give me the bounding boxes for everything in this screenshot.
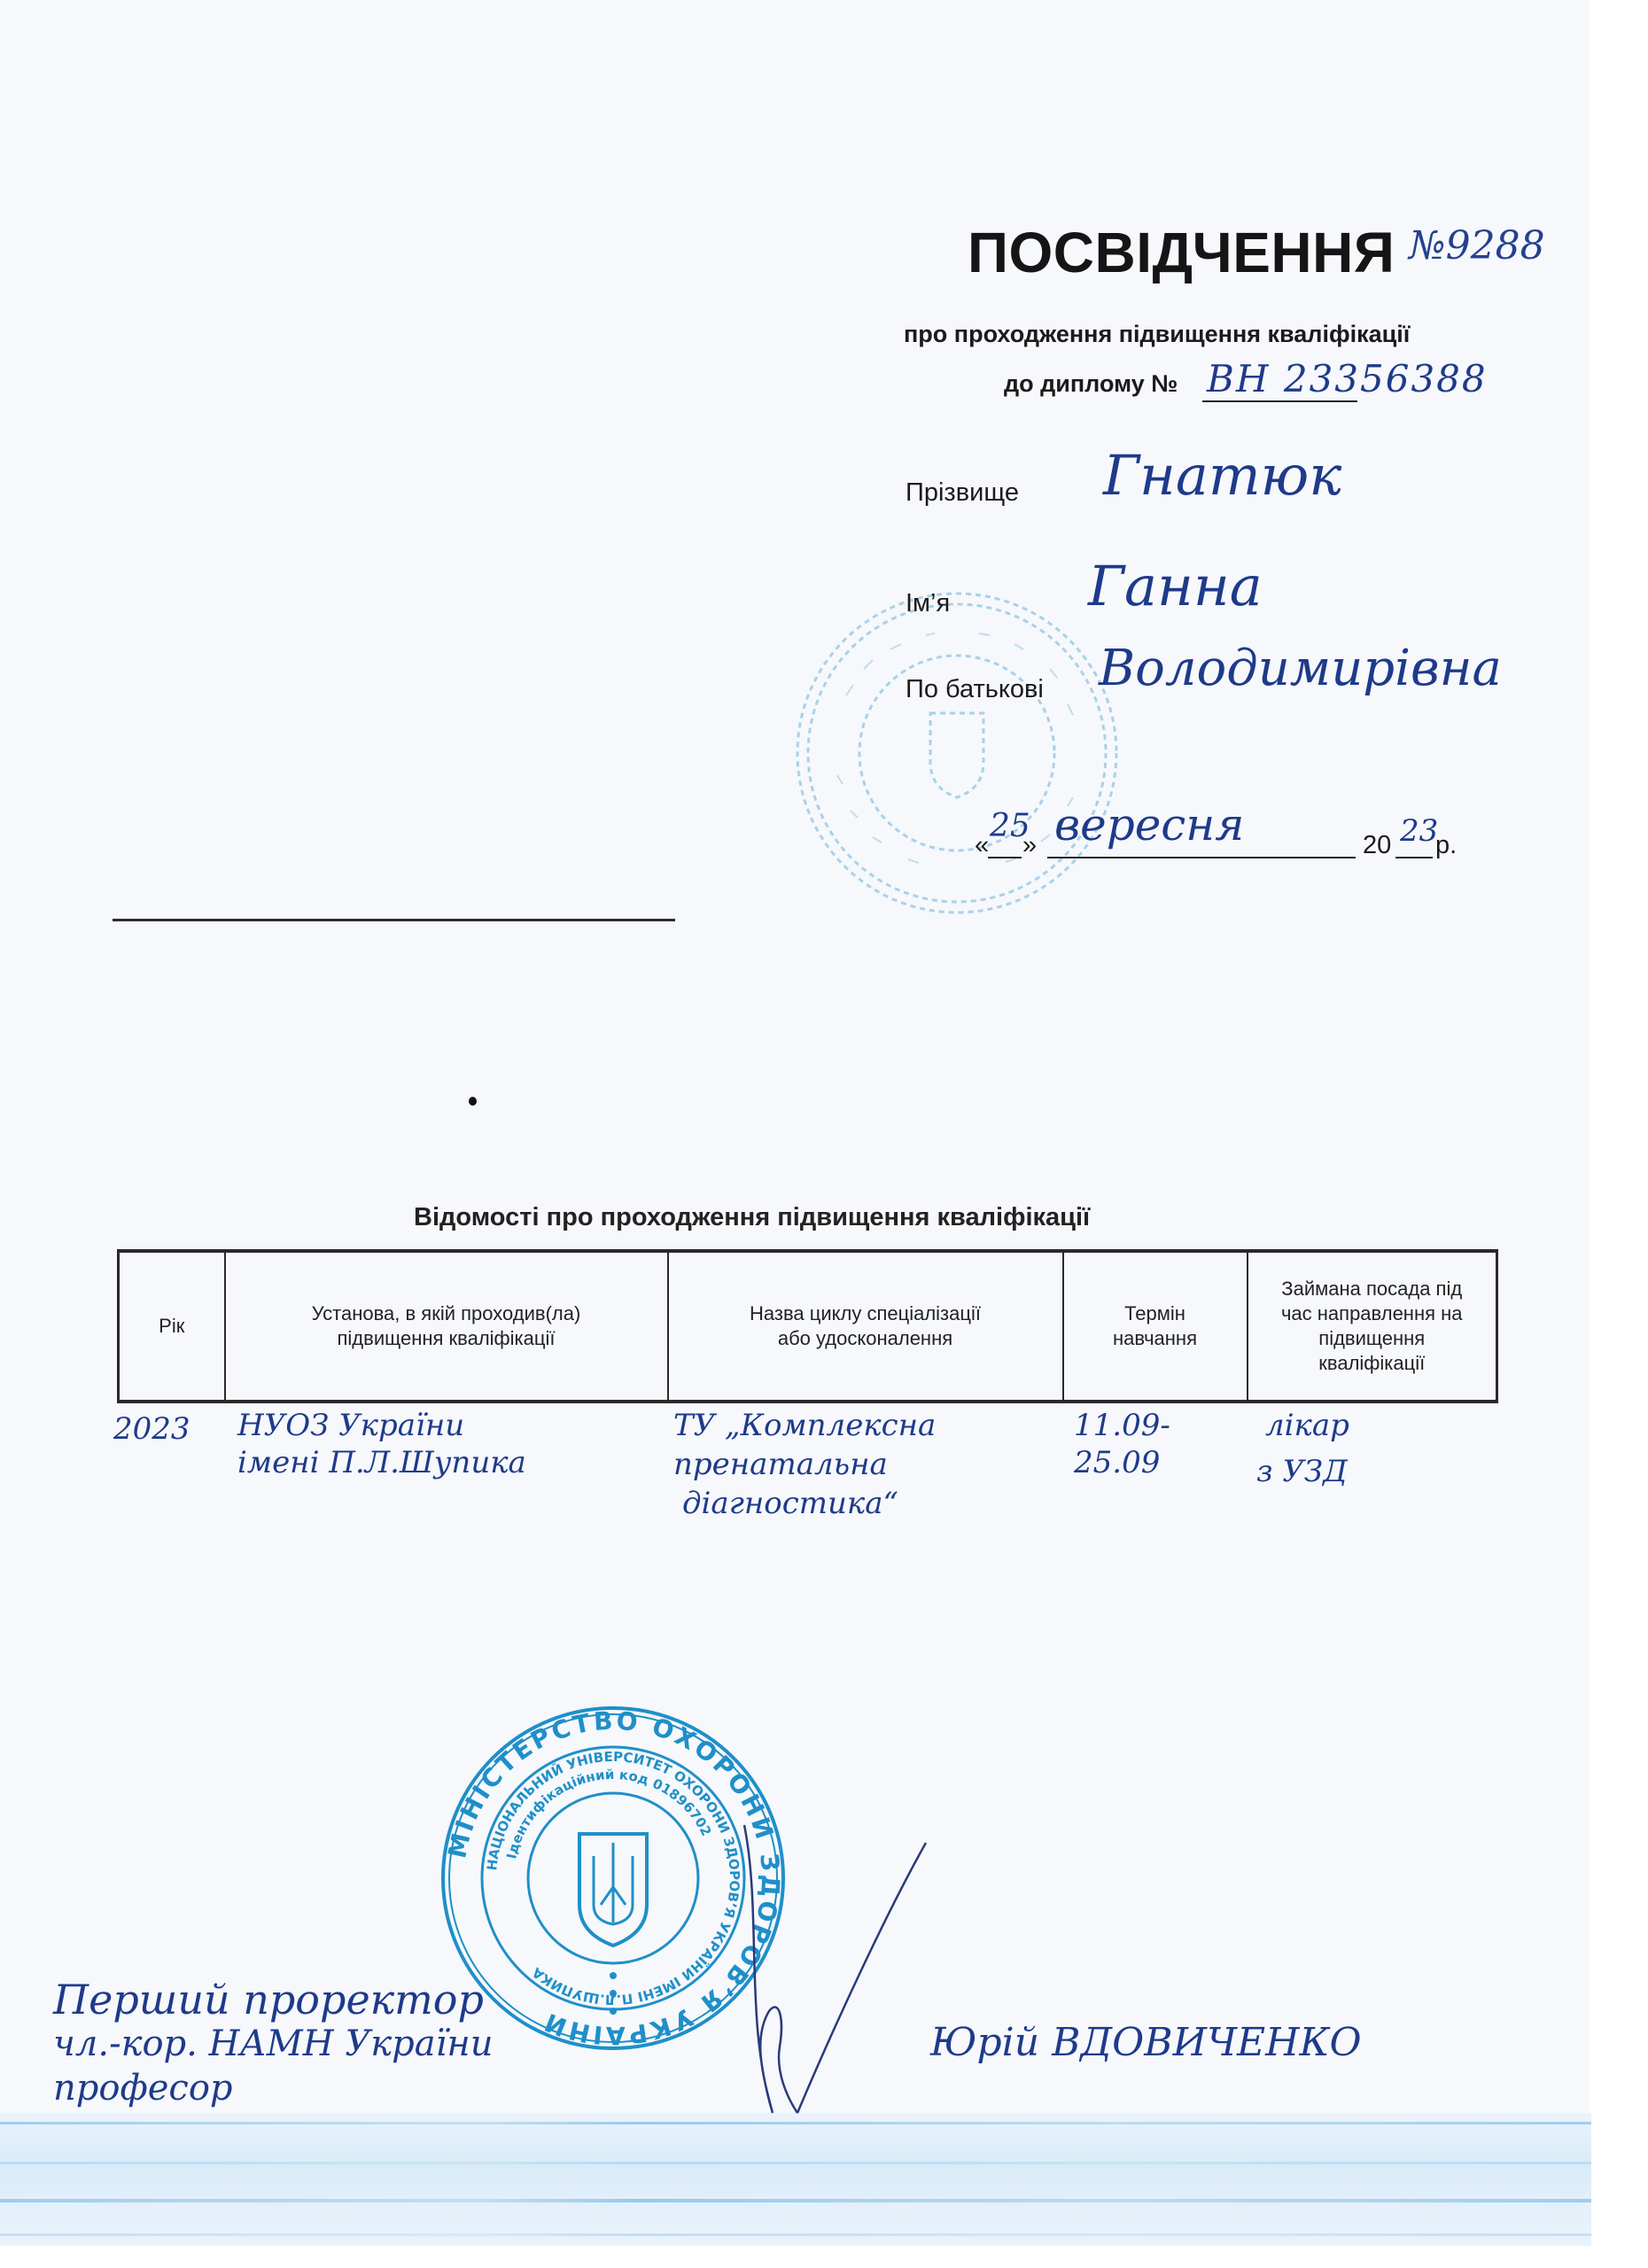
row-term-line-2: 25.09 [1074,1442,1160,1483]
header-term: Термін навчання [1063,1251,1248,1402]
signer-title-line-3: професор [53,2064,233,2112]
row-cycle-line-1: ТУ „Комплексна [673,1405,936,1446]
date-year: 23 [1400,813,1438,849]
faded-stamp [784,580,1130,926]
diploma-number: ВН 23356388 [1207,357,1488,400]
row-term-line-1: 11.09- [1074,1405,1170,1446]
table-header-row: Рік Установа, в якій проходив(ла) підвищ… [119,1251,1497,1402]
year-underline [1395,857,1433,858]
date-open-quote: « [975,831,989,860]
handwritten-signature [709,1807,939,2126]
date-century: 20 [1363,831,1391,860]
signer-name: Юрій ВДОВИЧЕНКО [930,2020,1362,2065]
trident-icon [579,1834,647,1946]
row-institution-line-2: імені П.Л.Шупика [237,1442,526,1483]
row-position-line-1: лікар [1265,1405,1349,1446]
certificate-number: №9288 [1409,223,1545,268]
month-underline [1047,857,1356,858]
ink-dot [469,1097,477,1106]
row-cycle-line-2: пренатальна [673,1444,888,1485]
date-suffix: р. [1435,831,1457,860]
patronymic-label: По батькові [906,675,1044,704]
diploma-label: до диплому № [1004,370,1178,398]
diploma-underline [1202,400,1357,402]
date-month: вересня [1054,799,1244,850]
section-title: Відомості про проходження підвищення ква… [414,1203,1090,1232]
surname-value: Гнатюк [1103,443,1341,508]
page-edge [1590,0,1648,2268]
qualification-table: Рік Установа, в якій проходив(ла) підвищ… [117,1249,1498,1403]
scan-artifact-band [0,2113,1591,2246]
date-close-quote: » [1022,831,1037,860]
header-cycle: Назва циклу спеціалізації або удосконале… [668,1251,1063,1402]
page-bottom-margin [0,2246,1648,2268]
row-institution-line-1: НУОЗ України [237,1405,464,1446]
day-underline [988,857,1022,858]
document-subtitle: про проходження підвищення кваліфікації [904,321,1410,348]
signer-title-line-1: Перший проректор [53,1976,484,2023]
signature-line [113,919,675,921]
header-position: Займана посада під час направлення на пі… [1248,1251,1497,1402]
row-year: 2023 [113,1409,190,1449]
name-label: Ім’я [906,589,950,618]
row-cycle-line-3: діагностика“ [682,1483,898,1524]
header-institution: Установа, в якій проходив(ла) підвищення… [225,1251,668,1402]
row-position-line-2: з УЗД [1256,1451,1348,1492]
header-year: Рік [119,1251,225,1402]
patronymic-value: Володимирівна [1099,640,1502,697]
name-value: Ганна [1088,554,1263,618]
document-title: ПОСВІДЧЕННЯ [968,220,1395,285]
signer-title-line-2: чл.-кор. НАМН України [53,2020,493,2068]
surname-label: Прізвище [906,478,1019,508]
